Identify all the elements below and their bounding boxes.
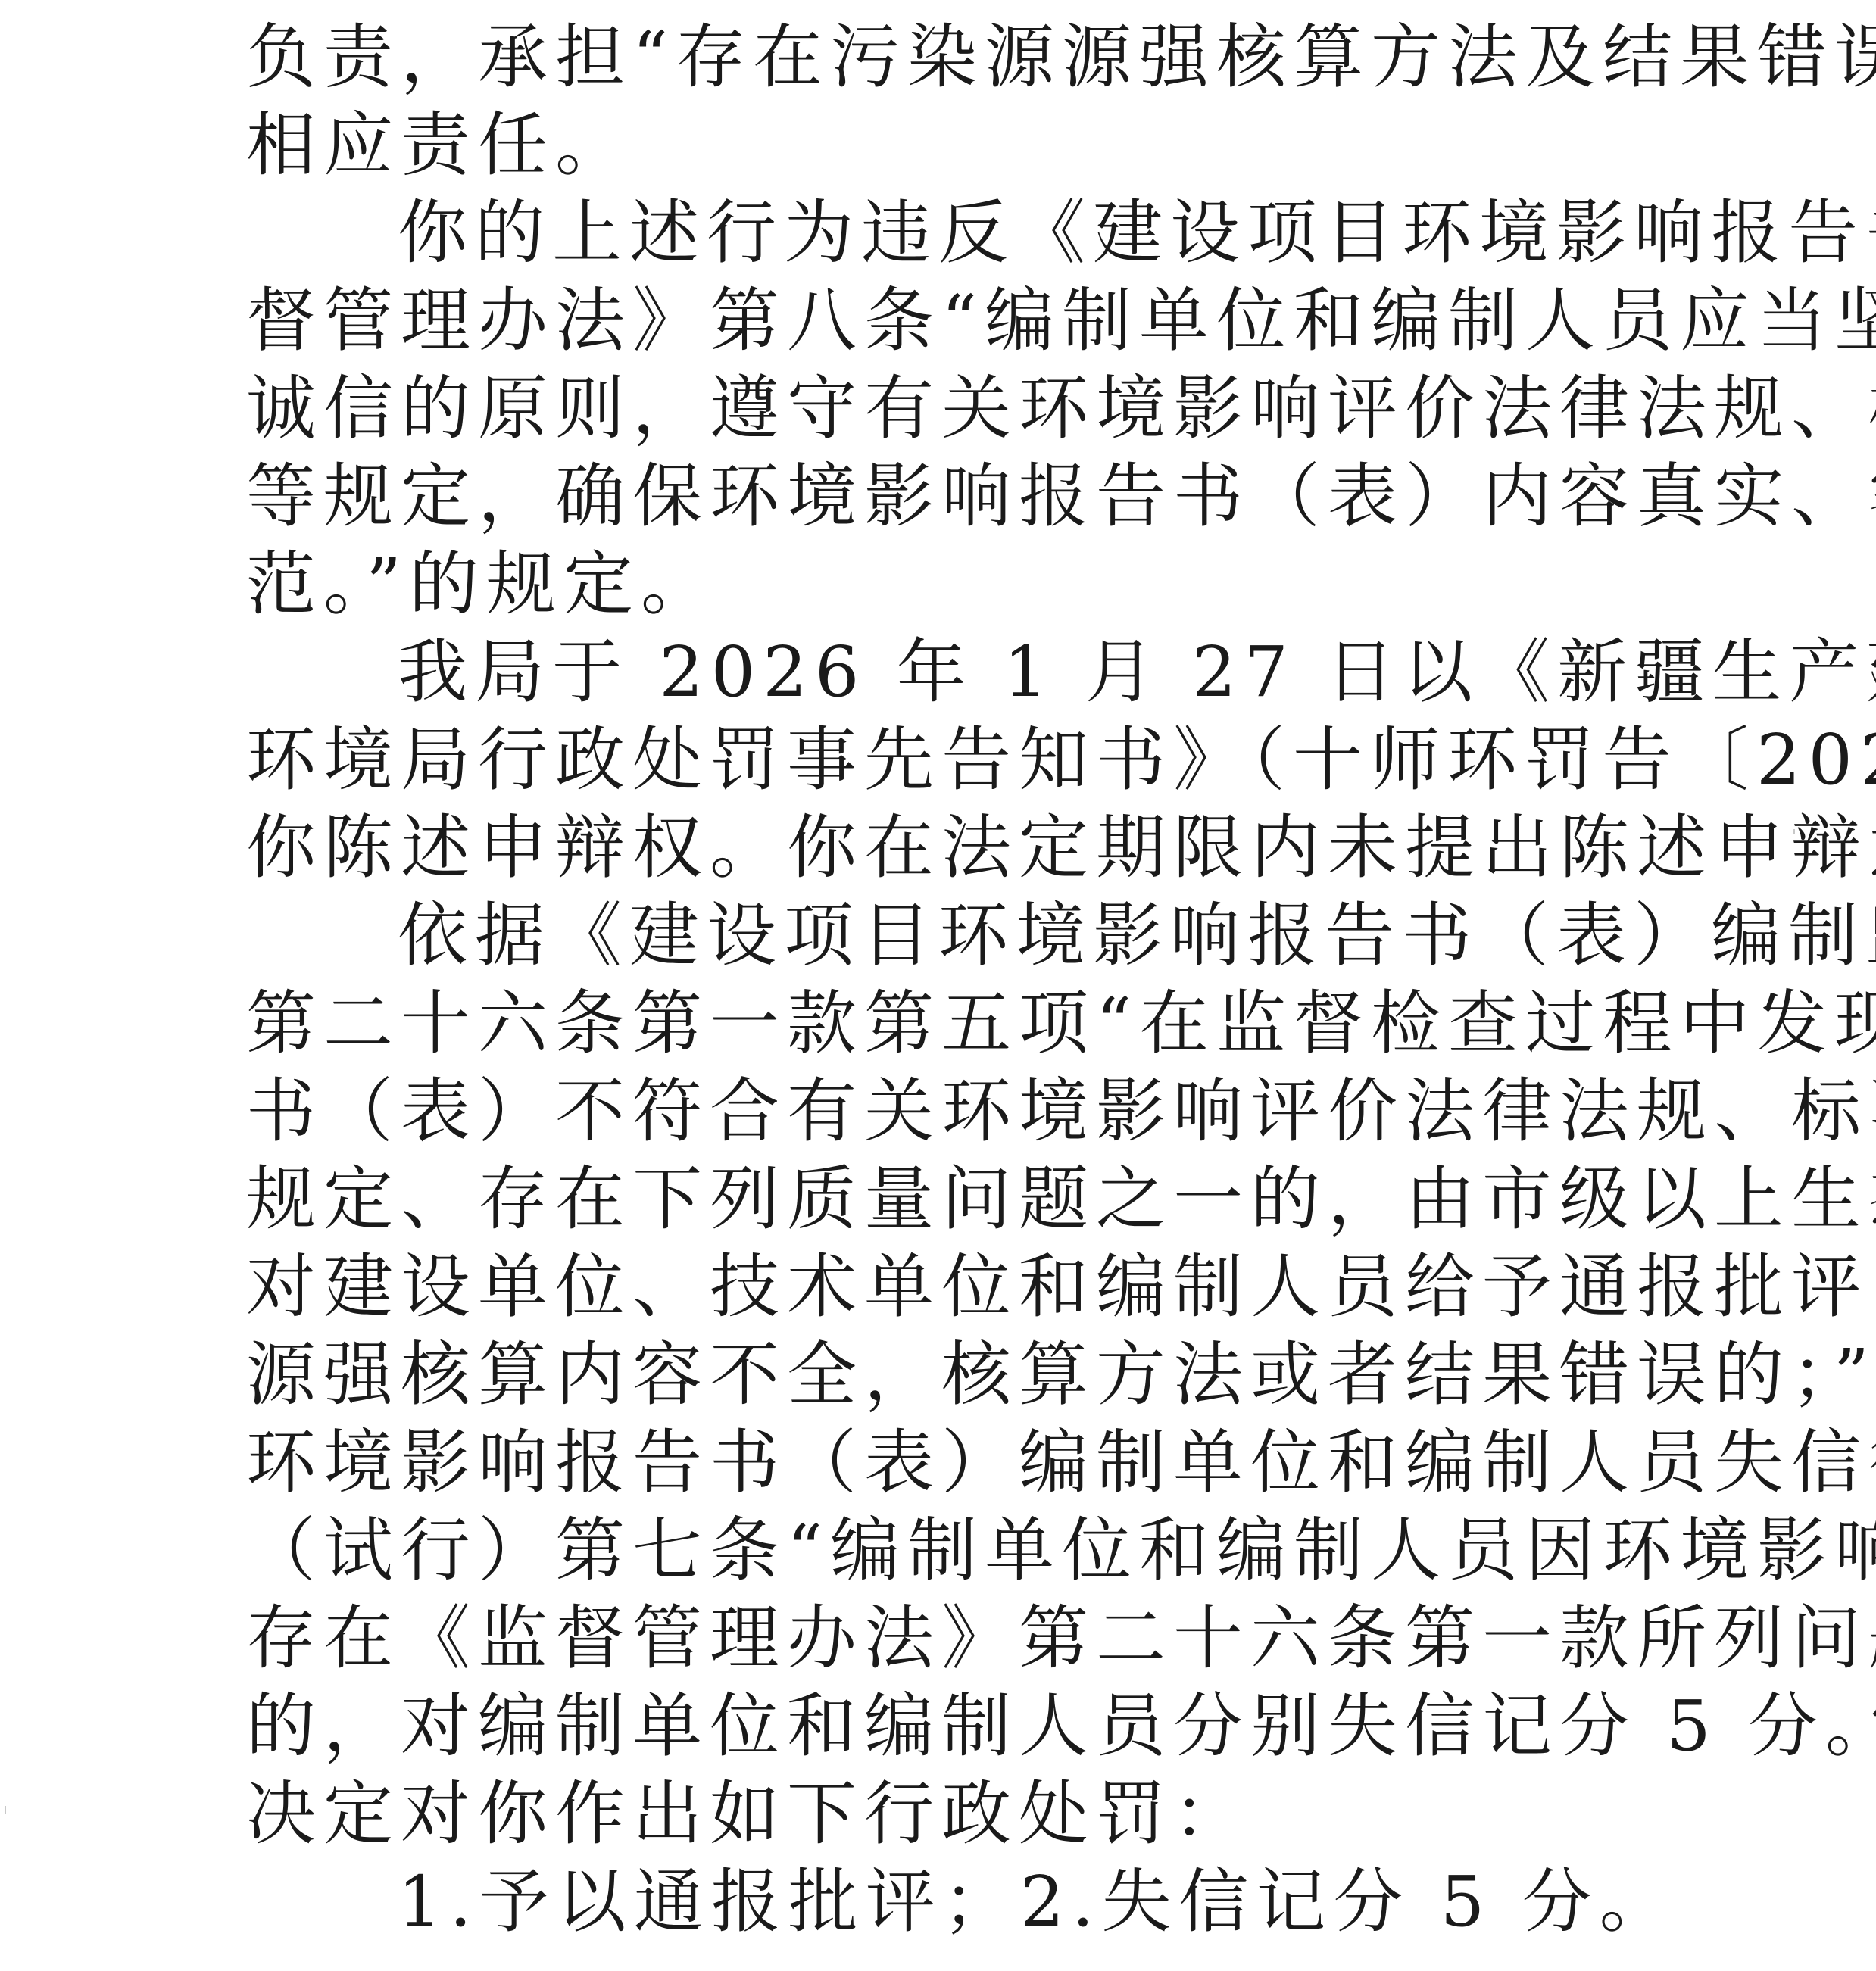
paragraph-line: 书（表）不符合有关环境影响评价法律法规、标准和技术规范等 xyxy=(246,1068,1640,1155)
paragraph-line: 负责，承担“存在污染源源强核算方法及结果错误”质量问题的 xyxy=(246,14,1640,101)
paragraph-line: 的，对编制单位和编制人员分别失信记分 5 分。”的规定。我局 xyxy=(246,1683,1640,1770)
paragraph-line: 对建设单位、技术单位和编制人员给予通报批评：（五）污染源 xyxy=(246,1243,1640,1331)
paragraph-line: 等规定，确保环境影响报告书（表）内容真实、客观、全面和规 xyxy=(246,453,1640,541)
paragraph-line: 诚信的原则，遵守有关环境影响评价法律法规、标准和技术规范 xyxy=(246,365,1640,453)
paragraph-line: 存在《监督管理办法》第二十六条第一款所列问题受到通报批评 xyxy=(246,1595,1640,1683)
scan-artifact xyxy=(5,1806,6,1814)
paragraph-line: 范。”的规定。 xyxy=(246,541,718,628)
paragraph-line: 你陈述申辩权。你在法定期限内未提出陈述申辩意见。 xyxy=(246,804,1876,892)
paragraph-first-line: 你的上述行为违反《建设项目环境影响报告书（表）编制监 xyxy=(398,189,1640,277)
penalty-items-line: 1.予以通报批评；2.失信记分 5 分。 xyxy=(398,1858,1677,1946)
paragraph-line: 相应责任。 xyxy=(246,101,632,189)
paragraph-line: 环境局行政处罚事先告知书》（十师环罚告〔2026〕4 号）告知 xyxy=(246,716,1640,804)
paragraph-line: 督管理办法》第八条“编制单位和编制人员应当坚持公正、科学、 xyxy=(246,277,1640,365)
paragraph-line: 第二十六条第一款第五项“在监督检查过程中发现环境影响报告 xyxy=(246,980,1640,1068)
paragraph-line: 规定、存在下列质量问题之一的，由市级以上生态环境主管部门 xyxy=(246,1155,1640,1243)
paragraph-line: 环境影响报告书（表）编制单位和编制人员失信行为记分办法》 xyxy=(246,1419,1640,1507)
paragraph-line: （试行）第七条“编制单位和编制人员因环境影响报告书（表） xyxy=(246,1507,1640,1595)
paragraph-line: 源强核算内容不全，核算方法或者结果错误的；”和《建设项目 xyxy=(246,1331,1640,1419)
paragraph-first-line: 依据《建设项目环境影响报告书（表）编制监督管理办法》 xyxy=(398,892,1640,980)
paragraph-line: 决定对你作出如下行政处罚： xyxy=(246,1770,1250,1858)
scan-artifact xyxy=(1793,829,1795,834)
paragraph-first-line: 我局于 2026 年 1 月 27 日以《新疆生产建设兵团第十师生态 xyxy=(398,628,1640,716)
